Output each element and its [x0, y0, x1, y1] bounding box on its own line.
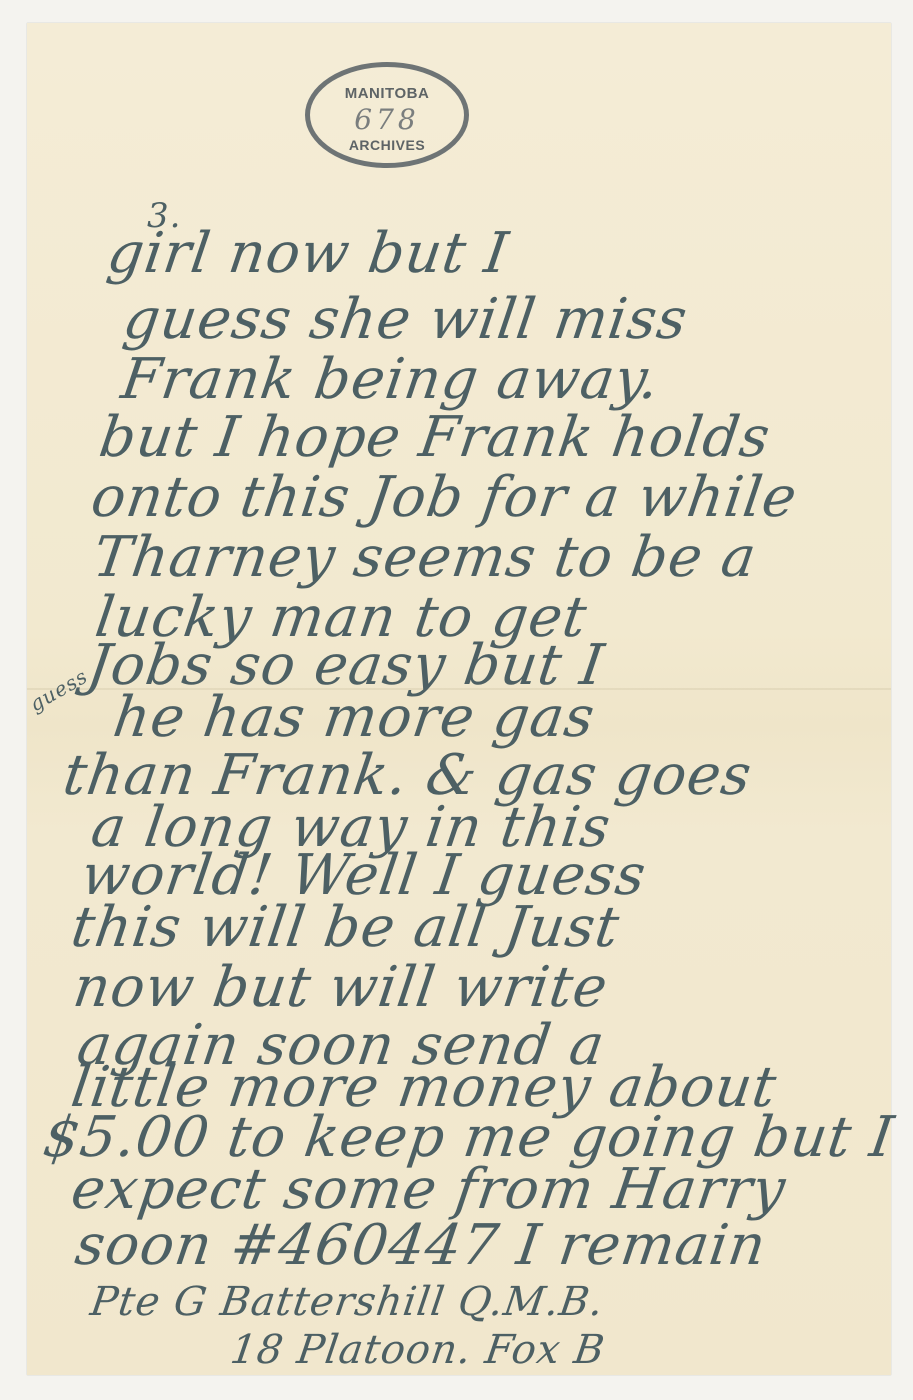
archives-stamp: MANITOBA 678 ARCHIVES: [305, 62, 469, 168]
letter-line: guess she will miss: [120, 292, 691, 348]
letter-line: Frank being away.: [118, 352, 663, 408]
letter-line: soon #460447 I remain: [72, 1218, 770, 1274]
letter-line: onto this Job for a while: [88, 470, 801, 526]
stamp-number: 678: [310, 103, 464, 136]
platoon-line: 18 Platoon. Fox B: [228, 1330, 608, 1370]
letter-line: now but will write: [70, 960, 611, 1016]
letter-line: he has more gas: [110, 690, 598, 746]
letter-line: but I hope Frank holds: [96, 410, 774, 466]
letter-line: Tharney seems to be a: [90, 530, 760, 586]
stamp-bottom-text: ARCHIVES: [310, 137, 464, 153]
letter-line: expect some from Harry: [68, 1162, 789, 1218]
stamp-top-text: MANITOBA: [310, 85, 464, 102]
signature-line: Pte G Battershill Q.M.B.: [88, 1282, 607, 1322]
letter-line: girl now but I: [104, 226, 512, 282]
letter-line: this will be all Just: [68, 900, 623, 956]
